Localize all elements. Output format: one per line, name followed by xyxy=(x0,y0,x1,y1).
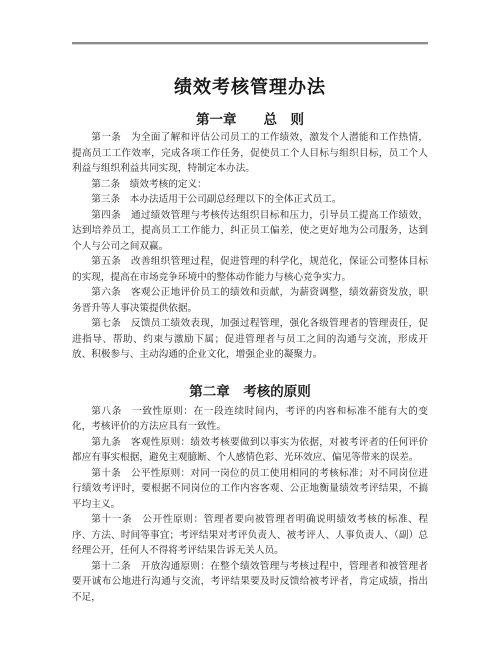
article-4-paragraph: 第四条 通过绩效管理与考核传达组织目标和压力，引导员工提高工作绩效，达到培养员工… xyxy=(72,208,428,255)
article-2-paragraph: 第二条 绩效考核的定义： xyxy=(72,177,428,193)
article-3-paragraph: 第三条 本办法适用于公司副总经理以下的全体正式员工。 xyxy=(72,192,428,208)
article-12-paragraph: 第十二条 开放沟通原则：在整个绩效管理与考核过程中，管理者和被管理者要开诚布公地… xyxy=(72,559,428,606)
article-8-paragraph: 第八条 一致性原则：在一段连续时间内，考评的内容和标准不能有大的变化，考核评价的… xyxy=(72,404,428,435)
article-7-paragraph: 第七条 反馈员工绩效表现，加强过程管理，强化各级管理者的管理责任，促进指导、帮助… xyxy=(72,316,428,363)
article-6-paragraph: 第六条 客观公正地评价员工的绩效和贡献，为薪资调整，绩效薪资发放，职务晋升等人事… xyxy=(72,285,428,316)
document-content: 绩效考核管理办法 第一章 总 则 第一条 为全面了解和评估公司员工的工作绩效，激… xyxy=(72,0,428,605)
article-5-paragraph: 第五条 改善组织管理过程，促进管理的科学化，规范化，保证公司整体目标的实现，提高… xyxy=(72,254,428,285)
document-page: 绩效考核管理办法 第一章 总 则 第一条 为全面了解和评估公司员工的工作绩效，激… xyxy=(0,0,500,667)
article-1-paragraph: 第一条 为全面了解和评估公司员工的工作绩效，激发个人潜能和工作热情，提高员工工作… xyxy=(72,130,428,177)
article-10-paragraph: 第十条 公平性原则：对同一岗位的员工使用相同的考核标准；对不同岗位进行绩效考评时… xyxy=(72,466,428,513)
article-11-paragraph: 第十一条 公开性原则：管理者要向被管理者明确说明绩效考核的标准、程序、方法、时间… xyxy=(72,512,428,559)
chapter-2-heading: 第二章 考核的原则 xyxy=(72,384,428,400)
document-title: 绩效考核管理办法 xyxy=(72,78,428,97)
article-9-paragraph: 第九条 客观性原则：绩效考核要做到以事实为依据，对被考评者的任何评价都应有事实根… xyxy=(72,435,428,466)
chapter-1-heading: 第一章 总 则 xyxy=(72,112,428,128)
